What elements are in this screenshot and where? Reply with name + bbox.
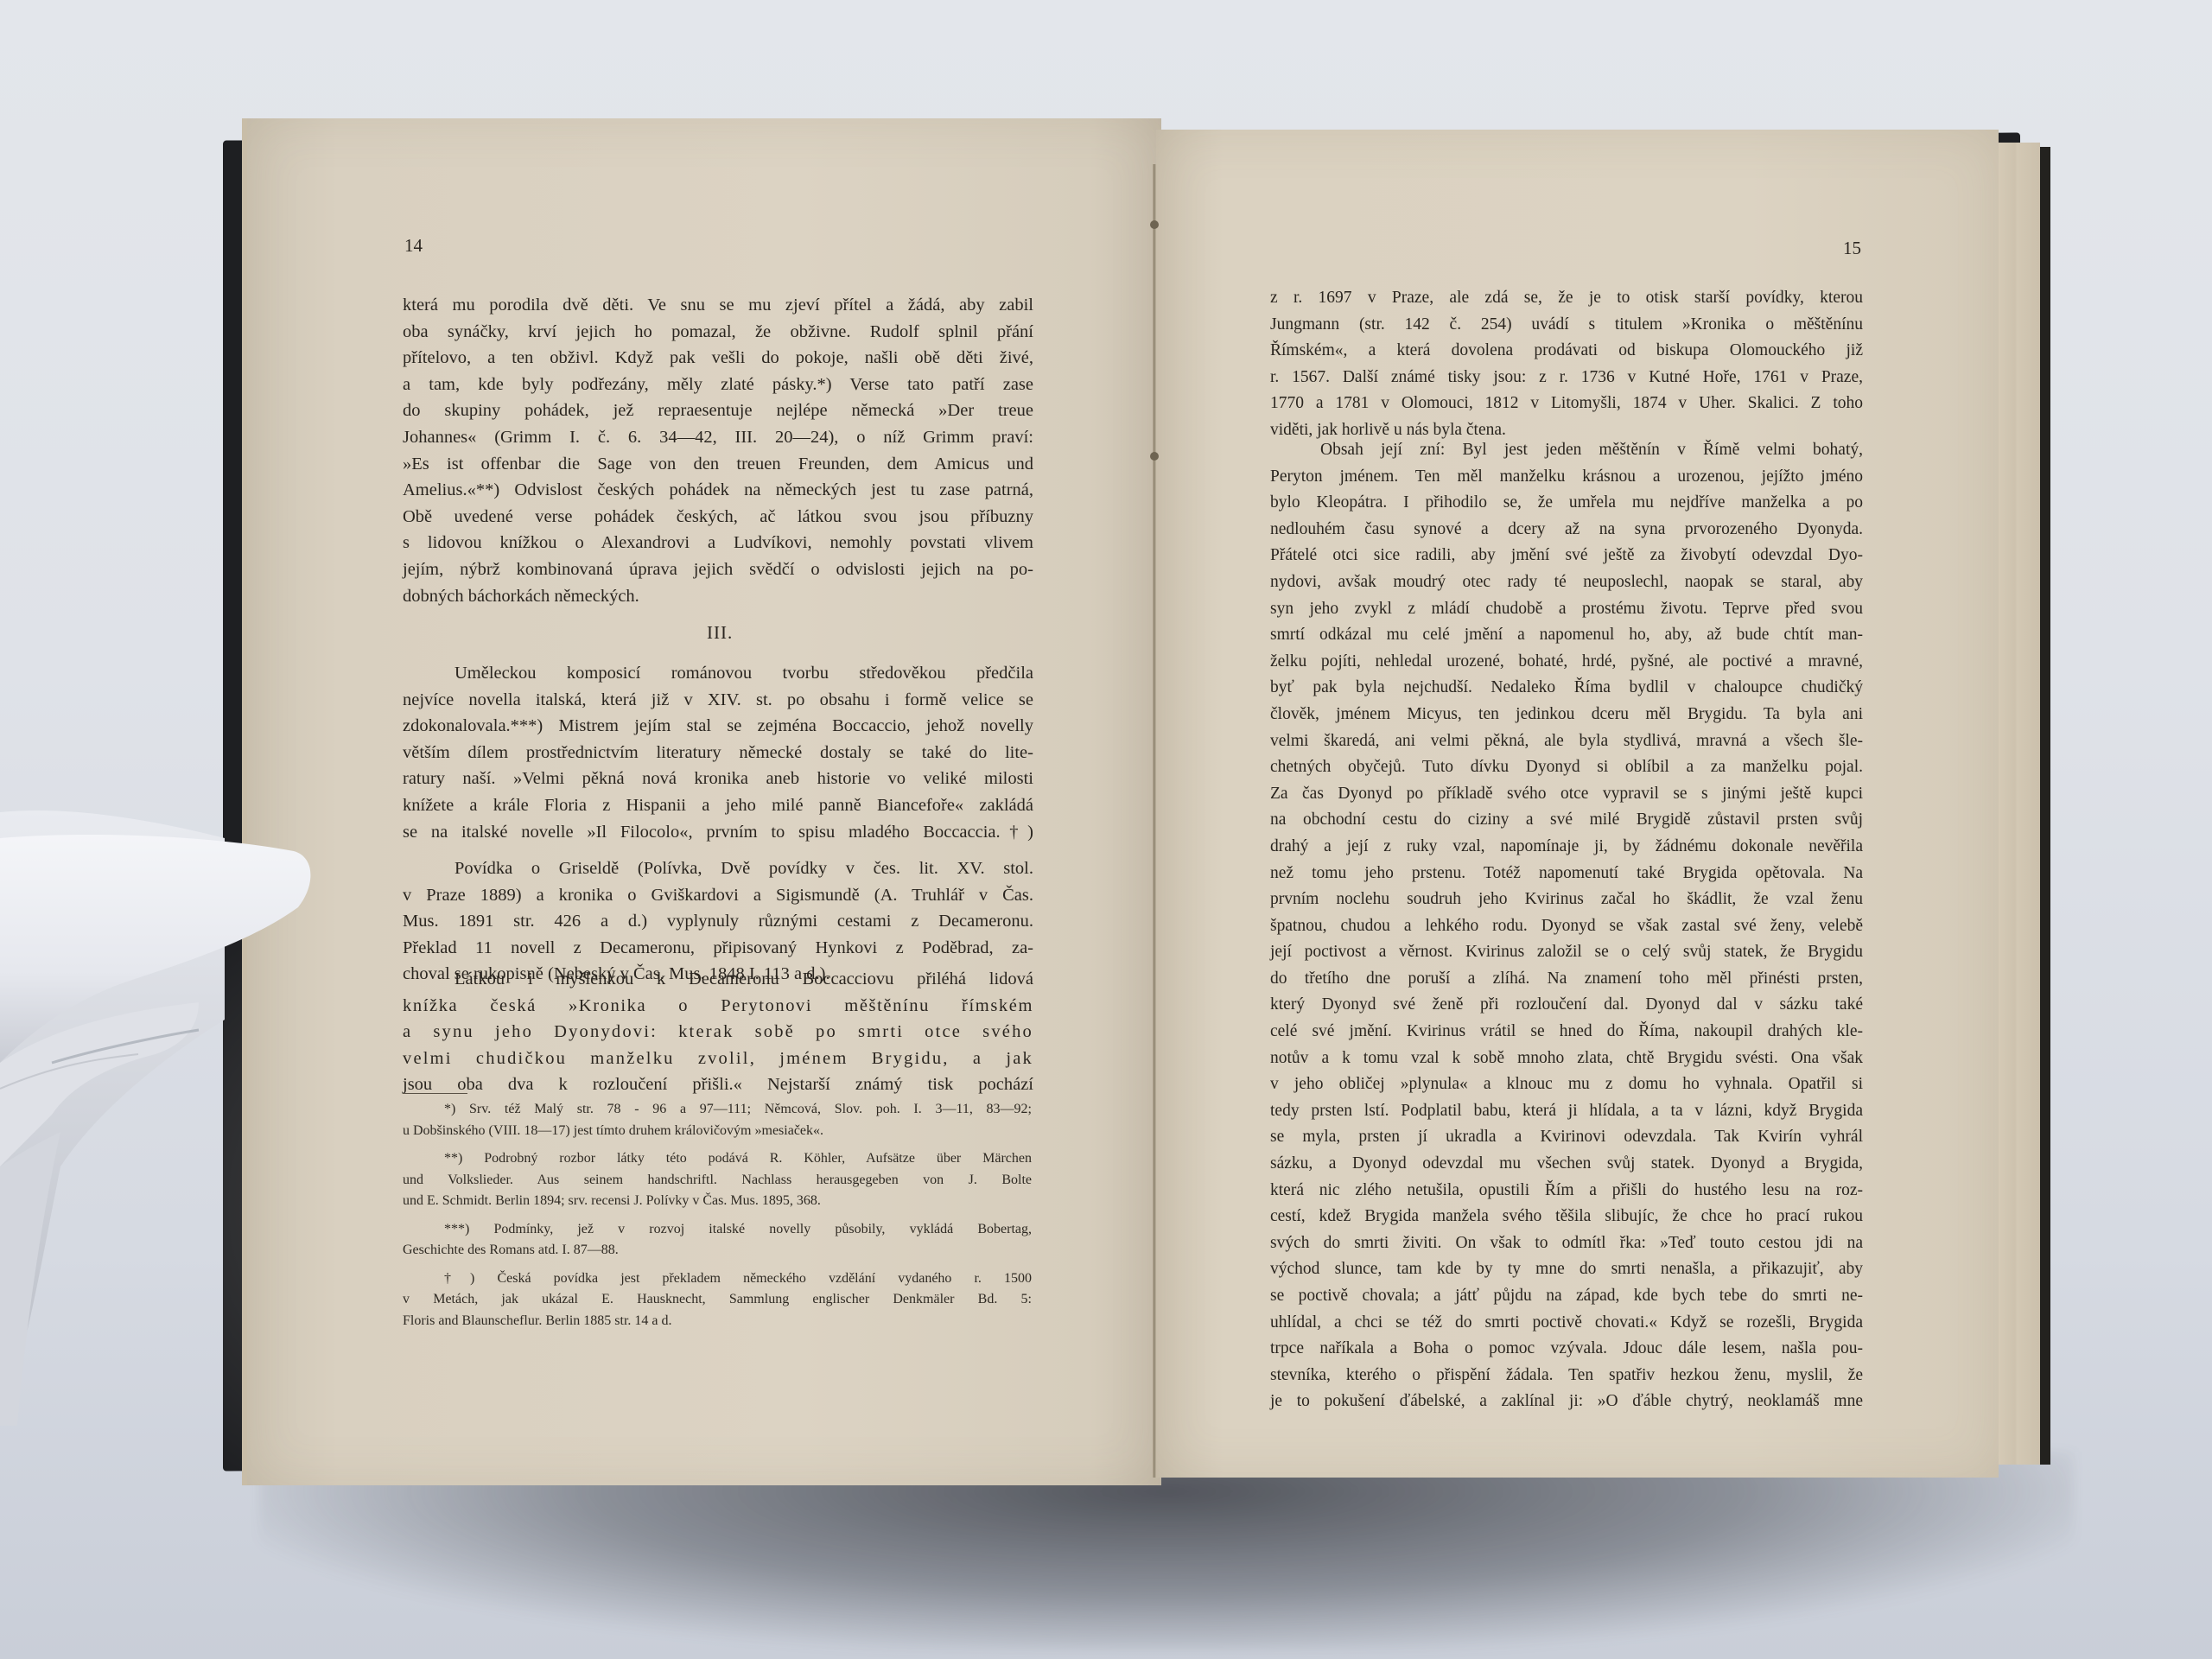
text-line: se poctivě chovala; a játť půjdu na zápa… xyxy=(1270,1283,1863,1310)
text-line: chetných obyčejů. Tuto dívku Dyonyd si o… xyxy=(1270,754,1863,781)
section-heading: III. xyxy=(707,622,733,644)
text-line: v jeho obličej »plynula« a klnouc mu z d… xyxy=(1270,1071,1863,1098)
left-paragraph-4: Látkou i myšlenkou k Decameronu Boccacci… xyxy=(403,966,1033,1098)
text-line: Za čas Dyonyd po příkladě svého otce vyp… xyxy=(1270,781,1863,808)
footnote-line: u Dobšinského (VIII. 18—17) jest tímto d… xyxy=(403,1121,1032,1142)
text-line: na obchodní cestu do ciziny a své milé B… xyxy=(1270,807,1863,834)
page-stack-edge xyxy=(1999,143,2040,1465)
text-line: Povídka o Griseldě (Polívka, Dvě povídky… xyxy=(403,855,1033,882)
text-line: z r. 1697 v Praze, ale zdá se, že je to … xyxy=(1270,285,1863,312)
text-line: který Dyonyd své ženě při rozloučení dal… xyxy=(1270,992,1863,1019)
text-line: Překlad 11 novell z Decameronu, připisov… xyxy=(403,935,1033,962)
page-number-right: 15 xyxy=(1843,238,1861,259)
text-line: která nic zlého netušila, opustili Řím a… xyxy=(1270,1178,1863,1205)
text-line: bylo Kleopátra. I přihodilo se, že umřel… xyxy=(1270,490,1863,517)
book-gutter xyxy=(1153,164,1156,1478)
text-line: jejím, nýbrž kombinovaná úprava jejich s… xyxy=(403,556,1033,583)
text-line: velmi chudičkou manželku zvolil, jménem … xyxy=(403,1046,1033,1072)
text-line: stevníka, kterého o přispění žádala. Ten… xyxy=(1270,1363,1863,1389)
text-line: »Es ist offenbar die Sage von den treuen… xyxy=(403,451,1033,478)
left-footnotes: *) Srv. též Malý str. 78 - 96 a 97—111; … xyxy=(403,1099,1032,1332)
binding-stitch xyxy=(1150,452,1159,461)
text-line: knížka česká »Kronika o Perytonovi měště… xyxy=(403,993,1033,1020)
text-line: knížete a krále Floria z Hispanii a jeho… xyxy=(403,792,1033,819)
text-line: cestí, kdež Brygida manžela svého těšila… xyxy=(1270,1204,1863,1230)
text-line: se myla, prsten jí ukradla a Kvirinovi o… xyxy=(1270,1124,1863,1151)
text-line: nedlouhém času synové a dcery až na syna… xyxy=(1270,517,1863,543)
text-line: smrtí odkázal mu celé jmění a napomenul … xyxy=(1270,622,1863,649)
text-line: Přátelé otci sice radili, aby jmění své … xyxy=(1270,543,1863,569)
text-line: byť pak byla nejchudší. Nedaleko Říma by… xyxy=(1270,675,1863,702)
right-paragraph-2: Obsah její zní: Byl jest jeden měštěnín … xyxy=(1270,437,1863,1415)
text-line: Amelius.«**) Odvislost českých pohádek n… xyxy=(403,477,1033,504)
footnote-rule xyxy=(403,1093,467,1094)
text-line: její poctivost a věrnost. Kvirinus založ… xyxy=(1270,939,1863,966)
text-line: velmi škaredá, ani velmi pěkná, ale byla… xyxy=(1270,728,1863,755)
footnote-line: und Volkslieder. Aus seinem handschriftl… xyxy=(403,1170,1032,1192)
text-line: 1770 a 1781 v Olomouci, 1812 v Litomyšli… xyxy=(1270,391,1863,417)
text-line: nejvíce novella italská, která již v XIV… xyxy=(403,687,1033,714)
page-number-left: 14 xyxy=(404,235,423,257)
text-line: tedy prsten lstí. Podplatil babu, která … xyxy=(1270,1098,1863,1125)
text-line: Římském«, a která dovolena prodávati od … xyxy=(1270,338,1863,365)
text-line: do skupiny pohádek, jež repraesentuje ne… xyxy=(403,397,1033,424)
footnote-line: Floris and Blaunscheflur. Berlin 1885 st… xyxy=(403,1311,1032,1332)
left-paragraph-1: která mu porodila dvě děti. Ve snu se mu… xyxy=(403,292,1033,609)
text-line: zdokonalovala.***) Mistrem jejím stal se… xyxy=(403,713,1033,740)
text-line: jsou oba dva k rozloučení přišli.« Nejst… xyxy=(403,1071,1033,1098)
footnote-line: †) Česká povídka jest překladem německéh… xyxy=(403,1268,1032,1290)
text-line: je to pokušení ďábelské, a zaklínal ji: … xyxy=(1270,1389,1863,1415)
text-line: želku pojíti, nehledal urozené, bohaté, … xyxy=(1270,649,1863,676)
text-line: Peryton jménem. Ten měl manželku krásnou… xyxy=(1270,464,1863,491)
text-line: trpce naříkala a Boha o pomoc vzývala. J… xyxy=(1270,1336,1863,1363)
text-line: přítelovo, a ten obživl. Když pak vešli … xyxy=(403,345,1033,372)
text-line: a synu jeho Dyonydovi: kterak sobě po sm… xyxy=(403,1019,1033,1046)
footnote-line: Geschichte des Romans atd. I. 87—88. xyxy=(403,1240,1032,1262)
text-line: syn jeho zvykl z mládí chudobě a prostém… xyxy=(1270,596,1863,623)
text-line: svých do smrti živiti. On však to odmítl… xyxy=(1270,1230,1863,1257)
white-glove-hand xyxy=(0,804,346,1426)
text-line: špatnou, chudou a lehkého rodu. Dyonyd s… xyxy=(1270,913,1863,940)
text-line: která mu porodila dvě děti. Ve snu se mu… xyxy=(403,292,1033,319)
text-line: sázku, a Dyonyd odevzdal mu všechen svůj… xyxy=(1270,1151,1863,1178)
footnote-line: ***) Podmínky, jež v rozvoj italské nove… xyxy=(403,1219,1032,1241)
text-line: Jungmann (str. 142 č. 254) uvádí s titul… xyxy=(1270,312,1863,339)
cover-edge-right xyxy=(2040,147,2050,1465)
text-line: se na italské novelle »Il Filocolo«, prv… xyxy=(403,819,1033,846)
text-line: drahý a její z ruky vzal, napomínaje ji,… xyxy=(1270,834,1863,861)
text-line: dobných báchorkách německých. xyxy=(403,583,1033,610)
text-line: Obsah její zní: Byl jest jeden měštěnín … xyxy=(1270,437,1863,464)
text-line: r. 1567. Další známé tisky jsou: z r. 17… xyxy=(1270,365,1863,391)
binding-stitch xyxy=(1150,220,1159,229)
left-paragraph-2: Uměleckou komposicí románovou tvorbu stř… xyxy=(403,660,1033,845)
text-line: s lidovou knížkou o Alexandrovi a Ludvík… xyxy=(403,530,1033,556)
text-line: ratury naší. »Velmi pěkná nová kronika a… xyxy=(403,766,1033,792)
text-line: nydovi, avšak moudrý otec rady té neupos… xyxy=(1270,569,1863,596)
text-line: a tam, kde byly podřezány, měly zlaté pá… xyxy=(403,372,1033,398)
footnote-line: *) Srv. též Malý str. 78 - 96 a 97—111; … xyxy=(403,1099,1032,1121)
text-line: člověk, jménem Micyus, ten jedinkou dcer… xyxy=(1270,702,1863,728)
text-line: Látkou i myšlenkou k Decameronu Boccacci… xyxy=(403,966,1033,993)
text-line: než tomu jeho prstenu. Totéž napomenutí … xyxy=(1270,861,1863,887)
text-line: do třetího dne poruší a zlíhá. Na znamen… xyxy=(1270,966,1863,993)
text-line: východ slunce, tam kde by ty mne do smrt… xyxy=(1270,1256,1863,1283)
text-line: prvním noclehu soudruh jeho Kvirinus zač… xyxy=(1270,887,1863,913)
text-line: oba synáčky, krví jejich ho pomazal, že … xyxy=(403,319,1033,346)
text-line: celé své jmění. Kvirinus vrátil se hned … xyxy=(1270,1019,1863,1046)
text-line: Obě uvedené verse pohádek českých, ač lá… xyxy=(403,504,1033,531)
text-line: větším dílem prostřednictvím literatury … xyxy=(403,740,1033,766)
text-line: v Praze 1889) a kronika o Gviškardovi a … xyxy=(403,882,1033,909)
right-paragraph-1: z r. 1697 v Praze, ale zdá se, že je to … xyxy=(1270,285,1863,444)
footnote-line: v Metách, jak ukázal E. Hausknecht, Samm… xyxy=(403,1289,1032,1311)
text-line: Mus. 1891 str. 426 a d.) vyplynuly různý… xyxy=(403,908,1033,935)
text-line: Johannes« (Grimm I. č. 6. 34—42, III. 20… xyxy=(403,424,1033,451)
footnote-line: **) Podrobný rozbor látky této podává R.… xyxy=(403,1148,1032,1170)
footnote-line: und E. Schmidt. Berlin 1894; srv. recens… xyxy=(403,1191,1032,1212)
text-line: notův a k tomu vzal k sobě mnoho zlata, … xyxy=(1270,1046,1863,1072)
text-line: Uměleckou komposicí románovou tvorbu stř… xyxy=(403,660,1033,687)
text-line: uhlídal, a chci se též do smrti poctivě … xyxy=(1270,1310,1863,1337)
